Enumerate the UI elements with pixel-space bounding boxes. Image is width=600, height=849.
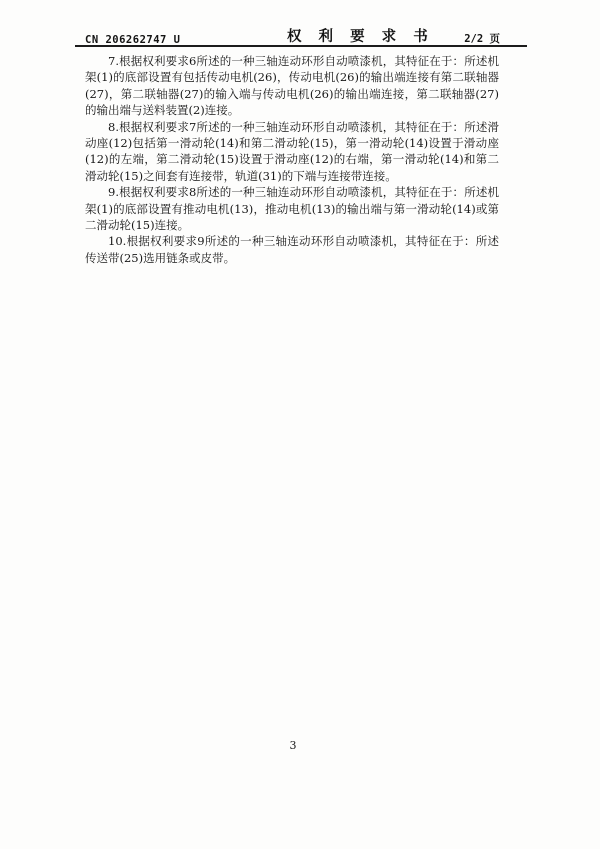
claims-body: 7.根据权利要求6所述的一种三轴连动环形自动喷漆机，其特征在于：所述机架(1)的… [85,53,499,266]
header-divider [75,45,527,47]
claim-10: 10.根据权利要求9所述的一种三轴连动环形自动喷漆机，其特征在于：所述传送带(2… [85,233,499,266]
claim-8: 8.根据权利要求7所述的一种三轴连动环形自动喷漆机，其特征在于：所述滑动座(12… [85,119,499,185]
patent-claims-page: CN 206262747 U 权 利 要 求 书 2/2 页 7.根据权利要求6… [0,0,600,849]
claim-9: 9.根据权利要求8所述的一种三轴连动环形自动喷漆机，其特征在于：所述机架(1)的… [85,184,499,233]
page-number: 3 [0,739,586,752]
page-indicator: 2/2 页 [464,31,500,46]
claim-7: 7.根据权利要求6所述的一种三轴连动环形自动喷漆机，其特征在于：所述机架(1)的… [85,53,499,119]
section-title: 权 利 要 求 书 [287,25,434,46]
page-header: CN 206262747 U 权 利 要 求 书 2/2 页 [75,28,527,46]
